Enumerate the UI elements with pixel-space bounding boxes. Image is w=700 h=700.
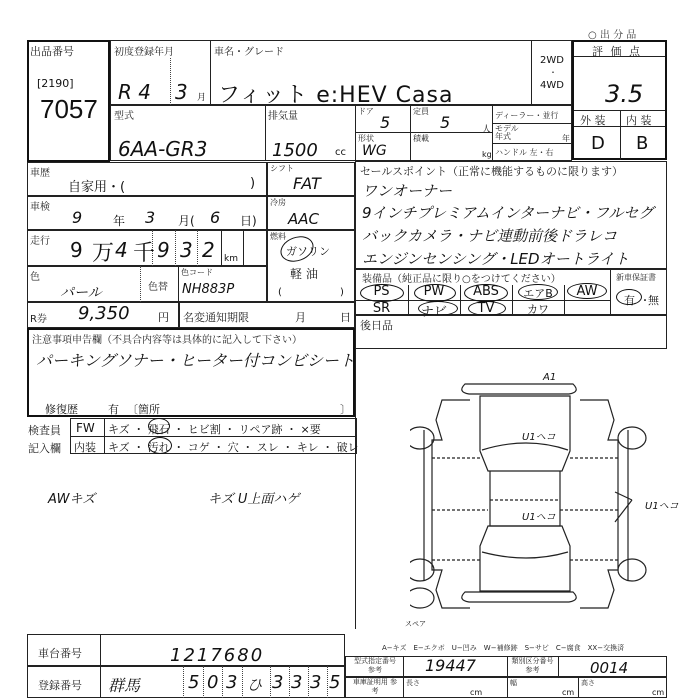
notes-value: パーキングソナー・ヒーター付コンビシート [36, 348, 355, 371]
type-designation-label: 型式指定番号 参考 [350, 657, 400, 675]
warranty-no: 無 [648, 292, 659, 308]
mileage-digit: 万 [92, 236, 114, 267]
sales-point-line: バックカメラ・ナビ連動前後ドラレコ [362, 225, 617, 246]
model-value: 6AA-GR3 [118, 137, 207, 161]
ac-label: 冷房 [270, 197, 286, 208]
warranty-label: 新車保証書 [616, 272, 656, 283]
fw-label: FW [76, 421, 95, 435]
recycle-unit: 円 [158, 309, 169, 325]
sales-point-line: ワンオーナー [362, 180, 452, 201]
height-label: 高さ [581, 678, 595, 688]
color-change-label: 色替 [148, 278, 168, 293]
history-value: 自家用・( [68, 176, 125, 195]
equip-circle [418, 301, 458, 316]
capacity-value: 5 [440, 113, 450, 132]
header-partial: ○ 出 分 品 [588, 26, 636, 41]
reg-digit: 3 [272, 672, 283, 693]
inspection-year: 9 [72, 208, 82, 227]
recycle-label: R券 [30, 310, 47, 325]
mileage-label: 走行 [30, 232, 50, 247]
drive-sep: ・ [549, 67, 557, 78]
inspection-month-unit: 月( [178, 212, 195, 229]
dealer-label: ディーラー・並行 [495, 110, 558, 121]
model-year-label: モデル年式 [495, 125, 525, 141]
fuel-other-close: ) [340, 287, 344, 298]
name-change-month: 月 [295, 309, 306, 325]
name-change-label: 名変通知期限 [183, 309, 249, 325]
shape-value: WG [362, 143, 387, 159]
inspector-label-2: 記入欄 [28, 440, 61, 456]
color-code-value: NH883P [182, 282, 234, 297]
doors-label: ドア [358, 106, 374, 117]
lot-number: 7057 [40, 94, 98, 125]
mileage-digit: 3 [180, 238, 193, 262]
chassis-label: 車台番号 [38, 645, 82, 661]
length-unit: cm [470, 688, 482, 697]
equip-circle [360, 284, 404, 302]
repair-label: 修復歴 [45, 401, 78, 417]
equip-circle [468, 301, 506, 316]
width-label: 幅 [510, 678, 517, 688]
spare-label: スペア [405, 619, 426, 629]
load-label: 積載 [413, 133, 429, 144]
shift-label: シフト [270, 163, 294, 174]
ac-value: AAC [288, 210, 319, 228]
equip-circle [464, 284, 508, 302]
inspection-day-unit: 日) [240, 212, 257, 229]
fuel-diesel: 軽 油 [290, 265, 318, 282]
interior-items: キズ ・ 汚れ ・ コゲ ・ 穴 ・ スレ ・ キレ ・ 破レ [108, 439, 359, 455]
equip-circle [518, 284, 558, 300]
displacement-value: 1500 [272, 140, 318, 161]
chassis-value: 1217680 [170, 645, 264, 666]
mileage-digit: 9 [70, 238, 83, 262]
history-label: 車歴 [30, 164, 50, 179]
category-number-value: 0014 [590, 659, 628, 677]
fuel-label: 燃料 [270, 231, 286, 242]
fuel-other-open: ( [278, 287, 282, 298]
drive-2wd: 2WD [540, 55, 564, 66]
exterior-value: D [591, 133, 605, 154]
history-row [27, 162, 267, 196]
mileage-unit: km [224, 254, 238, 264]
car-diagram [410, 370, 660, 610]
lot-sub-number: [2190] [37, 77, 74, 90]
history-close: ) [250, 176, 255, 191]
notes-label: 注意事項申告欄（不具合内容等は具体的に記入して下さい） [32, 331, 302, 346]
diagram-mark-right: U1ヘコ [645, 497, 679, 512]
reg-digit: 3 [291, 672, 302, 693]
interior-value: B [636, 133, 648, 154]
handle-label: ハンドル 左・右 [495, 147, 554, 158]
diagram-mark-roof: U1ヘコ [522, 508, 556, 523]
category-number-label: 類別区分番号 参考 [510, 657, 555, 675]
later-items-box [355, 315, 667, 349]
equip-circle [414, 284, 456, 302]
drive-4wd: 4WD [540, 80, 564, 91]
first-reg-month-unit: 月 [197, 90, 206, 103]
doors-value: 5 [380, 113, 390, 132]
reg-digit: 5 [188, 672, 199, 693]
reg-digit: 3 [310, 672, 321, 693]
sales-point-line: エンジンセンシング・LEDオートライト [362, 248, 629, 269]
first-reg-month: 3 [175, 80, 188, 104]
shift-value: FAT [293, 174, 321, 193]
color-label: 色 [30, 268, 40, 283]
fw-circle [148, 418, 170, 434]
equip-sr: SR [355, 301, 408, 316]
sales-point-line: 9インチプレミアムインターナビ・フルセグ [362, 202, 653, 223]
handwritten-note-right: キズ U上面ハゲ [208, 488, 299, 507]
inspection-month: 3 [145, 208, 155, 227]
inspection-label: 車検 [30, 198, 50, 213]
displacement-unit: cc [335, 147, 346, 158]
name-change-day: 日 [340, 309, 351, 325]
repair-value: 有 [108, 401, 119, 417]
reg-digit: 3 [226, 672, 237, 693]
inspection-year-unit: 年 [113, 212, 125, 229]
registration-label: 登録番号 [38, 677, 82, 693]
first-reg-label: 初度登録年月 [114, 43, 174, 58]
fw-items: キズ ・ 飛石 ・ ヒビ割 ・ リペア跡 ・ ×要 [108, 421, 321, 437]
color-value: パール [60, 282, 102, 302]
equip-circle [567, 283, 607, 299]
reg-kana: ひ [247, 674, 262, 695]
sales-points-label: セールスポイント（正常に機能するものに限ります） [360, 163, 623, 179]
legend: A−キズ E−エクボ U−凹み W−補修跡 S−サビ C−腐食 XX−交換済 [382, 643, 624, 653]
car-name-label: 車名・グレード [214, 43, 284, 58]
reg-digit: 0 [207, 672, 218, 693]
later-items-label: 後日品 [360, 317, 393, 333]
height-unit: cm [652, 688, 664, 697]
lot-label: 出品番号 [30, 43, 74, 59]
type-designation-value: 19447 [425, 656, 476, 675]
interior-row-label: 内装 [74, 439, 96, 455]
first-reg-era-year: R 4 [118, 80, 151, 104]
inspection-day: 6 [210, 208, 220, 227]
load-unit: kg [482, 150, 492, 159]
equipment-label: 装備品（純正品に限り○をつけてください） [362, 270, 561, 285]
capacity-unit: 人 [482, 122, 491, 135]
mileage-digit: 9 [157, 238, 170, 262]
interior-circle [148, 437, 172, 454]
mileage-digit: 4 [115, 238, 128, 262]
reg-digit: 5 [329, 672, 340, 693]
length-label: 長さ [406, 678, 420, 688]
color-code-label: 色コード [181, 267, 213, 278]
recycle-value: 9,350 [78, 303, 130, 324]
handwritten-note-left: AWキズ [48, 488, 95, 507]
displacement-label: 排気量 [268, 107, 298, 122]
diagram-mark-hood: U1ヘコ [522, 428, 556, 443]
width-unit: cm [562, 688, 574, 697]
mileage-digit: 2 [202, 238, 215, 262]
registration-region: 群馬 [108, 673, 140, 696]
repair-close: 〕 [340, 401, 351, 417]
score-value: 3.5 [605, 80, 643, 108]
repair-location: 〔箇所 [127, 401, 160, 417]
diagram-mark-front: A1 [543, 372, 556, 383]
capacity-label: 定員 [413, 106, 429, 117]
inspector-label-1: 検査員 [28, 422, 61, 438]
model-label: 型式 [114, 107, 134, 122]
dimensions-label: 車庫証明用 参考 [350, 678, 400, 696]
warranty-circle [616, 289, 642, 305]
